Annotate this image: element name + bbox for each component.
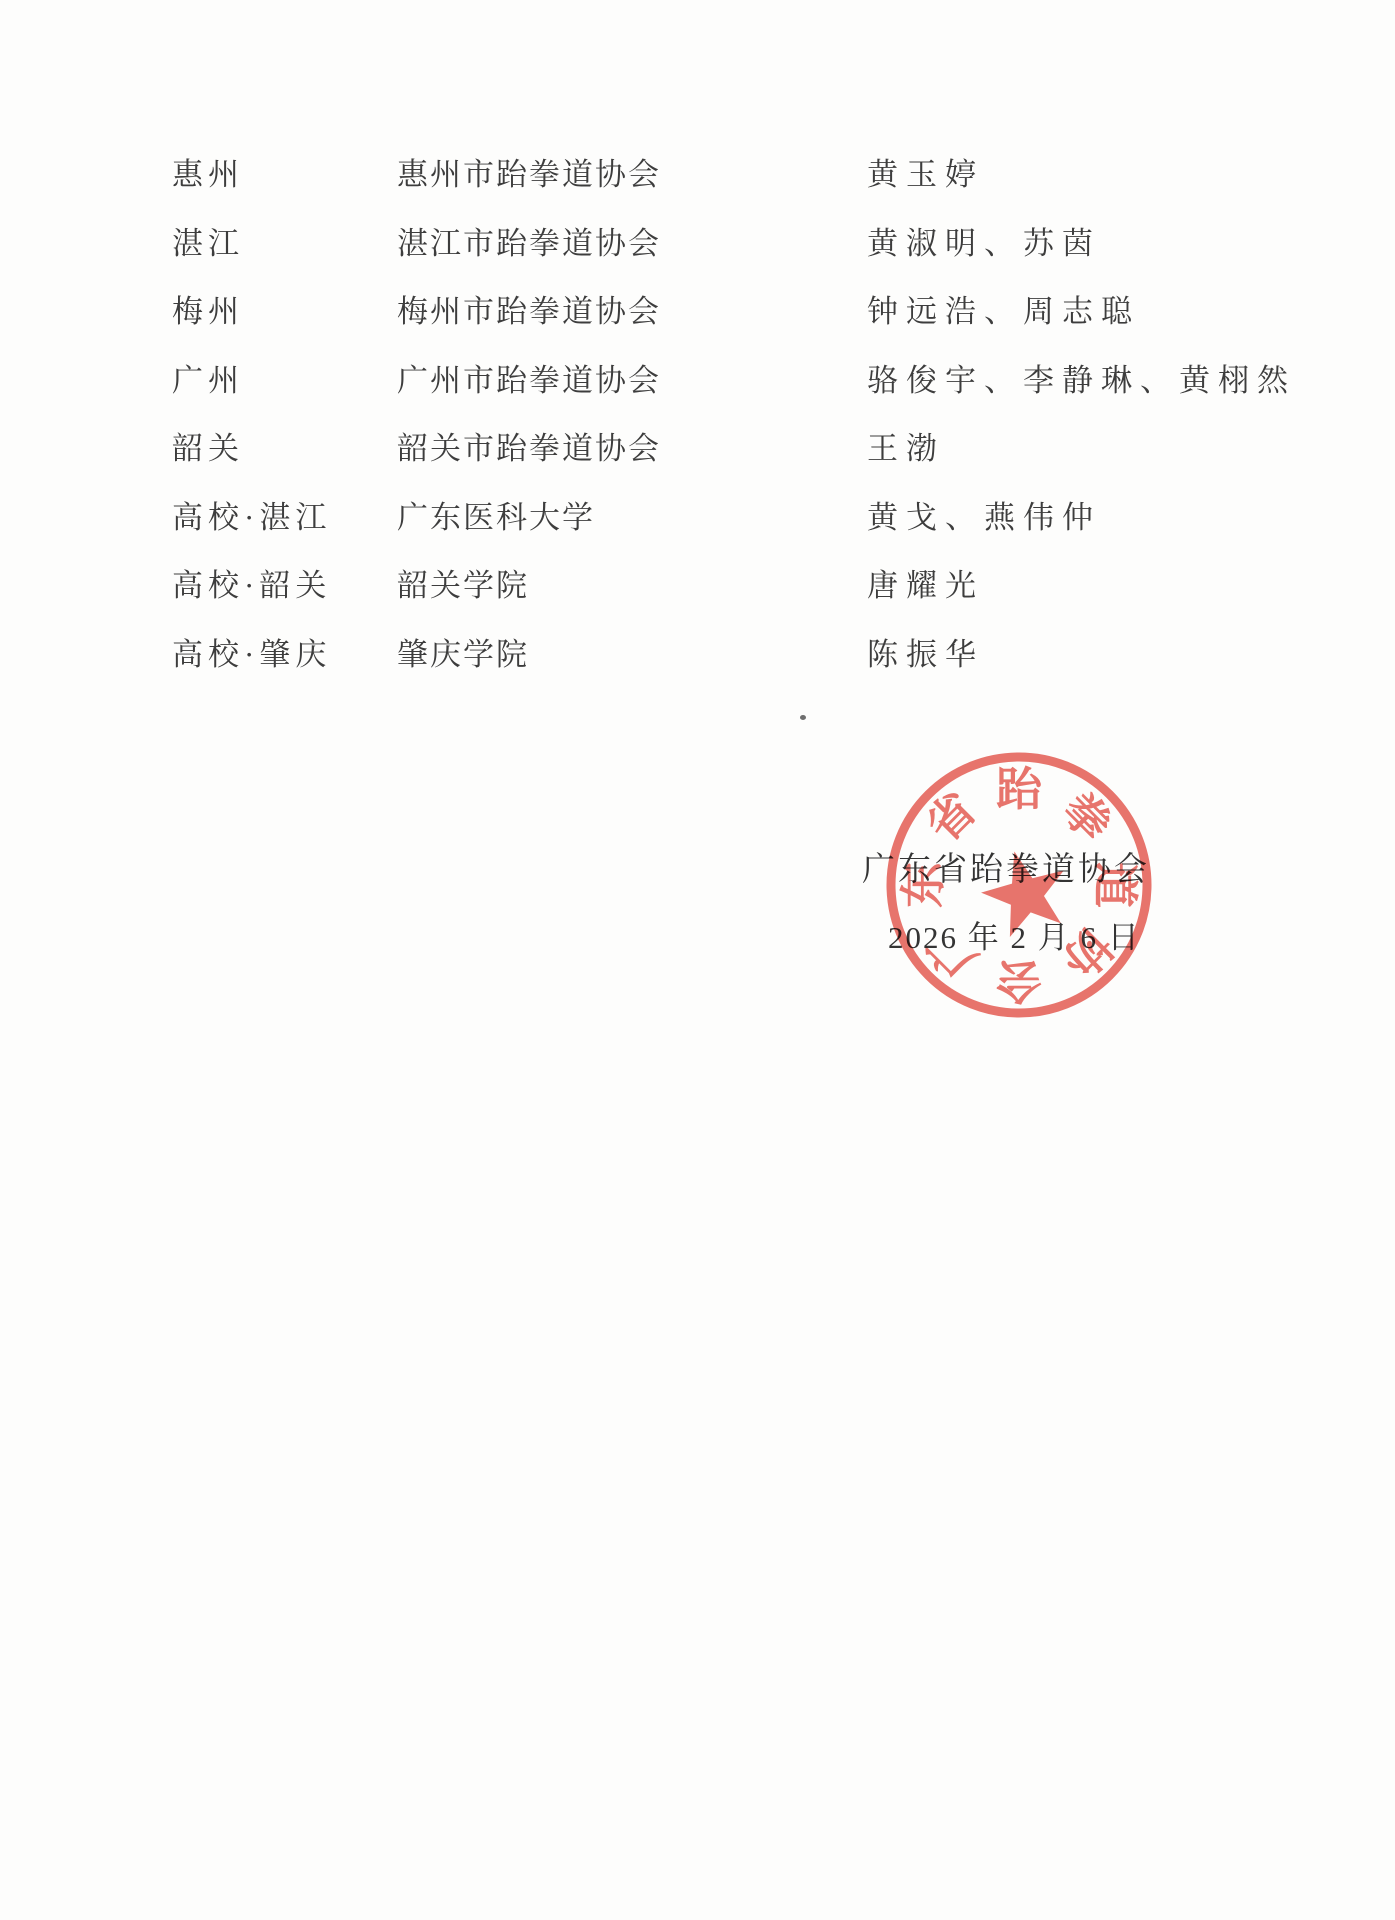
organization-cell: 肇庆学院	[397, 638, 529, 672]
region-cell: 高校·韶关	[172, 569, 331, 603]
region-cell: 广州	[172, 364, 244, 398]
document-page: 惠州 惠州市跆拳道协会 黄玉婷 湛江 湛江市跆拳道协会 黄淑明、苏茵 梅州 梅州…	[0, 0, 1395, 1920]
organization-cell: 广东医科大学	[397, 501, 595, 535]
roster-row: 惠州 惠州市跆拳道协会 黄玉婷	[0, 158, 1395, 227]
region-cell: 梅州	[172, 295, 244, 329]
region-cell: 惠州	[172, 158, 244, 192]
roster-row: 高校·韶关 韶关学院 唐耀光	[0, 569, 1395, 638]
roster-row: 广州 广州市跆拳道协会 骆俊宇、李静琳、黄栩然	[0, 364, 1395, 433]
delegates-cell: 唐耀光	[867, 569, 984, 603]
roster-row: 高校·湛江 广东医科大学 黄戈、燕伟仲	[0, 501, 1395, 570]
region-cell: 湛江	[172, 227, 244, 261]
delegates-cell: 陈振华	[867, 638, 984, 672]
region-cell: 高校·肇庆	[172, 638, 331, 672]
delegates-cell: 黄玉婷	[867, 158, 984, 192]
organization-cell: 韶关市跆拳道协会	[397, 432, 661, 466]
delegate-roster: 惠州 惠州市跆拳道协会 黄玉婷 湛江 湛江市跆拳道协会 黄淑明、苏茵 梅州 梅州…	[0, 158, 1395, 706]
organization-cell: 广州市跆拳道协会	[397, 364, 661, 398]
organization-cell: 韶关学院	[397, 569, 529, 603]
delegates-cell: 王渤	[867, 432, 945, 466]
seal-ring-char: 道	[1089, 862, 1140, 908]
roster-row: 高校·肇庆 肇庆学院 陈振华	[0, 638, 1395, 707]
roster-row: 梅州 梅州市跆拳道协会 钟远浩、周志聪	[0, 295, 1395, 364]
organization-cell: 梅州市跆拳道协会	[397, 295, 661, 329]
seal-ring-char: 会	[996, 955, 1042, 1006]
official-seal-stamp: 广 东 省 跆 拳 道 协 会	[877, 743, 1161, 1027]
roster-row: 湛江 湛江市跆拳道协会 黄淑明、苏茵	[0, 227, 1395, 296]
organization-cell: 湛江市跆拳道协会	[397, 227, 661, 261]
roster-row: 韶关 韶关市跆拳道协会 王渤	[0, 432, 1395, 501]
star-icon	[973, 840, 1077, 941]
delegates-cell: 黄戈、燕伟仲	[867, 501, 1101, 535]
seal-ring-char: 东	[898, 862, 949, 908]
organization-cell: 惠州市跆拳道协会	[397, 158, 661, 192]
region-cell: 韶关	[172, 432, 244, 466]
region-cell: 高校·湛江	[172, 501, 331, 535]
delegates-cell: 黄淑明、苏茵	[867, 227, 1101, 261]
seal-ring-char: 跆	[996, 764, 1044, 815]
delegates-cell: 骆俊宇、李静琳、黄栩然	[867, 364, 1296, 398]
delegates-cell: 钟远浩、周志聪	[867, 295, 1140, 329]
ink-dot	[800, 715, 806, 720]
